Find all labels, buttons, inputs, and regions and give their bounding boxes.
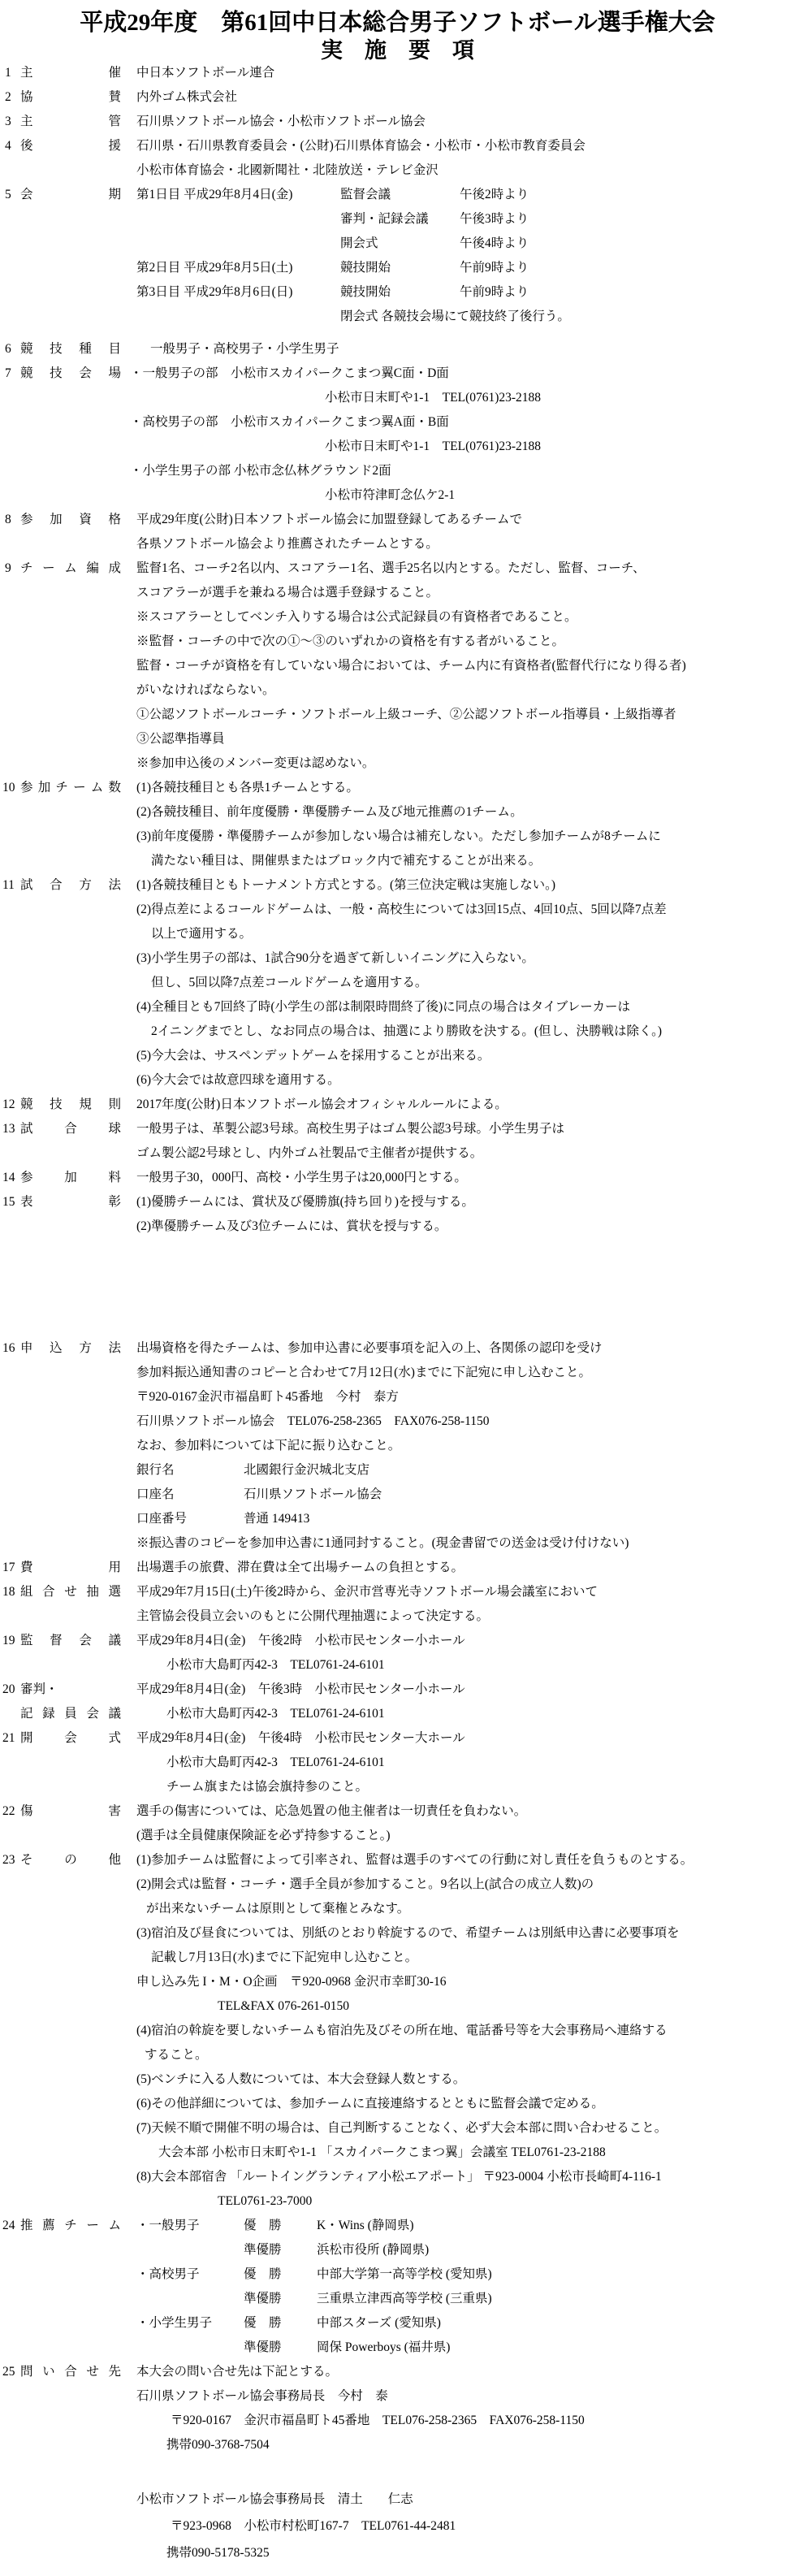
line-text: ・小学生男子: [136, 2311, 212, 2336]
doc-line: ゴム製公認2号球とし、内外ゴム社製品で主催者が提供する。: [0, 1141, 795, 1166]
item-label: 主管: [20, 110, 121, 134]
doc-line: (4)全種目とも7回終了時(小学生の部は制限時間終了後)に同点の場合はタイブレー…: [0, 995, 795, 1020]
line-text: 小松市符津町念仏ケ2-1: [325, 483, 455, 508]
line-text: ・小学生男子の部 小松市念仏林グラウンド2面: [130, 459, 391, 483]
line-text: スコアラーが選手を兼ねる場合は選手登録すること。: [136, 581, 439, 605]
doc-line: 〒920-0167金沢市福畠町ト45番地 今村 泰方: [0, 1385, 795, 1409]
line-text: 平成29年8月4日(金) 午後4時 小松市民センター大ホール: [136, 1726, 465, 1751]
doc-line: 6競技種目一般男子・高校男子・小学生男子: [0, 337, 795, 362]
doc-line: スコアラーが選手を兼ねる場合は選手登録すること。: [0, 581, 795, 605]
doc-line: (6)今大会では故意四球を適用する。: [0, 1068, 795, 1093]
line-text: 石川県ソフトボール協会 TEL076-258-2365 FAX076-258-1…: [136, 1409, 490, 1434]
doc-line: 11試合方法(1)各競技種目ともトーナメント方式とする。(第三位決定戦は実施しな…: [0, 873, 795, 898]
doc-line: 満たない種目は、開催県またはブロック内で補充することが出来る。: [0, 849, 795, 873]
line-text: 大会本部 小松市日末町や1-1 「スカイパークこまつ翼」会議室 TEL0761-…: [158, 2141, 606, 2165]
doc-line: (2)得点差によるコールドゲームは、一般・高校生については3回15点、4回10点…: [0, 898, 795, 922]
doc-line: 携帯090-3768-7504: [0, 2433, 795, 2457]
doc-line: ※監督・コーチの中で次の①～③のいずれかの資格を有する者がいること。: [0, 630, 795, 654]
doc-line: 18組合せ抽選平成29年7月15日(土)午後2時から、金沢市営専光寺ソフトボール…: [0, 1580, 795, 1604]
line-text: 口座番号: [136, 1507, 187, 1531]
item-number: 24: [2, 2214, 15, 2238]
line-text: 中日本ソフトボール連合: [136, 61, 274, 85]
line-text: が出来ないチームは原則として棄権とみなす。: [146, 1897, 409, 1921]
doc-line: 25問い合せ先本大会の問い合せ先は下記とする。: [0, 2360, 795, 2384]
doc-line: ・小学生男子の部 小松市念仏林グラウンド2面: [0, 459, 795, 483]
item-label: チーム編成: [20, 556, 121, 581]
line-text: 小松市大島町丙42-3 TEL0761-24-6101: [166, 1702, 385, 1726]
item-label: 試合方法: [20, 873, 121, 898]
line-text: なお、参加料については下記に振り込むこと。: [136, 1434, 400, 1458]
doc-line: (2)開会式は監督・コーチ・選手全員が参加すること。9名以上(試合の成立人数)の: [0, 1872, 795, 1897]
line-text: 満たない種目は、開催県またはブロック内で補充することが出来る。: [151, 849, 541, 873]
line-text: 携帯090-5178-5325: [166, 2541, 270, 2565]
line-text: 口座名: [136, 1483, 175, 1507]
doc-line: (3)宿泊及び昼食については、別紙のとおり斡旋するので、希望チームは別紙申込書に…: [0, 1921, 795, 1946]
doc-line: (4)宿泊の斡旋を要しないチームも宿泊先及びその所在地、電話番号等を大会事務局へ…: [0, 2019, 795, 2043]
doc-line: 〒920-0167 金沢市福畠町ト45番地 TEL076-258-2365 FA…: [0, 2409, 795, 2433]
doc-line: 8参加資格平成29年度(公財)日本ソフトボール協会に加盟登録してあるチームで: [0, 508, 795, 532]
line-text: (5)ベンチに入る人数については、本大会登録人数とする。: [136, 2067, 465, 2092]
item-label: 協賛: [20, 85, 121, 110]
document-page: 平成29年度 第61回中日本総合男子ソフトボール選手権大会 実 施 要 項 1主…: [0, 0, 795, 2576]
doc-line: ※スコアラーとしてベンチ入りする場合は公式記録員の有資格者であること。: [0, 605, 795, 630]
item-label: 監督会議: [20, 1629, 121, 1653]
line-text: 第3日目 平成29年8月6日(日): [136, 280, 292, 305]
line-text: 準優勝: [244, 2336, 282, 2360]
line-text: 石川県・石川県教育委員会・(公財)石川県体育協会・小松市・小松市教育委員会: [136, 134, 585, 158]
line-text: 第1日目 平成29年8月4日(金): [136, 183, 292, 207]
line-text: 但し、5回以降7点差コールドゲームを適用する。: [151, 971, 427, 995]
line-text: 各県ソフトボール協会より推薦されたチームとする。: [136, 532, 439, 556]
line-text: 優 勝: [244, 2214, 282, 2238]
line-text: 以上で適用する。: [151, 922, 252, 946]
doc-line: 16申込方法出場資格を得たチームは、参加申込書に必要事項を記入の上、各関係の認印…: [0, 1336, 795, 1361]
doc-line: 12競技規則2017年度(公財)日本ソフトボール協会オフィシャルルールによる。: [0, 1093, 795, 1117]
doc-line: 14参加料一般男子30，000円、高校・小学生男子は20,000円とする。: [0, 1166, 795, 1190]
line-text: 記載し7月13日(水)までに下記宛申し込むこと。: [151, 1946, 417, 1970]
doc-line: ※参加申込後のメンバー変更は認めない。: [0, 751, 795, 776]
item-number: 8: [5, 508, 11, 532]
item-number: 18: [2, 1580, 15, 1604]
doc-line: 小松市ソフトボール協会事務局長 清土 仁志: [0, 2487, 795, 2512]
line-text: 競技開始: [340, 280, 391, 305]
doc-line: 15表彰(1)優勝チームには、賞状及び優勝旗(持ち回り)を授与する。: [0, 1190, 795, 1214]
doc-line: 5会期第1日目 平成29年8月4日(金)監督会議午後2時より: [0, 183, 795, 207]
doc-line: 銀行名北國銀行金沢城北支店: [0, 1458, 795, 1483]
item-number: 7: [5, 362, 11, 386]
item-number: 3: [5, 110, 11, 134]
doc-line: 準優勝岡保 Powerboys (福井県): [0, 2336, 795, 2360]
doc-line: 開会式午後4時より: [0, 232, 795, 256]
line-text: 午前9時より: [460, 256, 529, 280]
line-text: K・Wins (静岡県): [317, 2214, 414, 2238]
line-text: 〒923-0968 小松市村松町167-7 TEL0761-44-2481: [171, 2514, 456, 2539]
line-text: (8)大会本部宿舎 「ルートイングランティア小松エアポート」 〒923-0004…: [136, 2165, 662, 2189]
doc-line: 24推薦チーム・一般男子優 勝K・Wins (静岡県): [0, 2214, 795, 2238]
doc-line: 口座番号普通 149413: [0, 1507, 795, 1531]
doc-line: ・高校男子の部 小松市スカイパークこまつ翼A面・B面: [0, 410, 795, 435]
line-text: 中部スターズ (愛知県): [317, 2311, 441, 2336]
line-text: 携帯090-3768-7504: [166, 2433, 270, 2457]
item-label: 申込方法: [20, 1336, 121, 1361]
item-number: 21: [2, 1726, 15, 1751]
line-text: 〒920-0167金沢市福畠町ト45番地 今村 泰方: [136, 1385, 399, 1409]
doc-line: 2協賛内外ゴム株式会社: [0, 85, 795, 110]
item-number: 5: [5, 183, 11, 207]
doc-line: が出来ないチームは原則として棄権とみなす。: [0, 1897, 795, 1921]
item-number: 14: [2, 1166, 15, 1190]
doc-line: ・小学生男子優 勝中部スターズ (愛知県): [0, 2311, 795, 2336]
doc-line: 第3日目 平成29年8月6日(日)競技開始午前9時より: [0, 280, 795, 305]
doc-line: チーム旗または協会旗持参のこと。: [0, 1775, 795, 1799]
doc-line: 9チーム編成監督1名、コーチ2名以内、スコアラー1名、選手25名以内とする。ただ…: [0, 556, 795, 581]
line-text: 平成29年度(公財)日本ソフトボール協会に加盟登録してあるチームで: [136, 508, 522, 532]
line-text: 石川県ソフトボール協会事務局長 今村 泰: [136, 2384, 388, 2409]
doc-line: TEL&FAX 076-261-0150: [0, 1994, 795, 2019]
line-text: 三重県立津西高等学校 (三重県): [317, 2287, 492, 2311]
doc-line: 但し、5回以降7点差コールドゲームを適用する。: [0, 971, 795, 995]
item-number: 4: [5, 134, 11, 158]
doc-line: 閉会式 各競技会場にて競技終了後行う。: [0, 305, 795, 329]
item-number: 13: [2, 1117, 15, 1141]
doc-line: 主管協会役員立会いのもとに公開代理抽選によって決定する。: [0, 1604, 795, 1629]
line-text: ※スコアラーとしてベンチ入りする場合は公式記録員の有資格者であること。: [136, 605, 577, 630]
doc-line: 準優勝浜松市役所 (静岡県): [0, 2238, 795, 2262]
doc-line: なお、参加料については下記に振り込むこと。: [0, 1434, 795, 1458]
item-label: 後援: [20, 134, 121, 158]
line-text: がいなければならない。: [136, 678, 275, 703]
line-text: チーム旗または協会旗持参のこと。: [166, 1775, 368, 1799]
doc-line: 10参加チーム数(1)各競技種目とも各県1チームとする。: [0, 776, 795, 800]
document-subtitle: 実 施 要 項: [0, 32, 795, 64]
item-number: 15: [2, 1190, 15, 1214]
line-text: 銀行名: [136, 1458, 175, 1483]
item-number: 20: [2, 1678, 15, 1702]
line-text: 第2日目 平成29年8月5日(土): [136, 256, 292, 280]
doc-line: 石川県ソフトボール協会事務局長 今村 泰: [0, 2384, 795, 2409]
line-text: 小松市日末町や1-1 TEL(0761)23-2188: [325, 435, 541, 459]
doc-line: 大会本部 小松市日末町や1-1 「スカイパークこまつ翼」会議室 TEL0761-…: [0, 2141, 795, 2165]
line-text: 準優勝: [244, 2238, 282, 2262]
line-text: (4)宿泊の斡旋を要しないチームも宿泊先及びその所在地、電話番号等を大会事務局へ…: [136, 2019, 668, 2043]
line-text: ③公認準指導員: [136, 727, 225, 751]
doc-line: 審判・記録会議午後3時より: [0, 207, 795, 232]
doc-line: (7)天候不順で開催不明の場合は、自己判断することなく、必ず大会本部に問い合わせ…: [0, 2116, 795, 2141]
item-label: 開会式: [20, 1726, 121, 1751]
line-text: 中部大学第一高等学校 (愛知県): [317, 2262, 492, 2287]
doc-line: 準優勝三重県立津西高等学校 (三重県): [0, 2287, 795, 2311]
item-label: 試合球: [20, 1117, 121, 1141]
doc-line: 石川県ソフトボール協会 TEL076-258-2365 FAX076-258-1…: [0, 1409, 795, 1434]
line-text: (選手は全員健康保険証を必ず持参すること。): [136, 1824, 391, 1848]
line-text: 石川県ソフトボール協会: [244, 1483, 382, 1507]
doc-line: (2)準優勝チーム及び3位チームには、賞状を授与する。: [0, 1214, 795, 1239]
doc-line: ①公認ソフトボールコーチ・ソフトボール上級コーチ、②公認ソフトボール指導員・上級…: [0, 703, 795, 727]
doc-line: 参加料振込通知書のコピーと合わせて7月12日(水)までに下記宛に申し込むこと。: [0, 1361, 795, 1385]
doc-line: 4後援石川県・石川県教育委員会・(公財)石川県体育協会・小松市・小松市教育委員会: [0, 134, 795, 158]
doc-line: ※振込書のコピーを参加申込書に1通同封すること。(現金書留での送金は受け付けない…: [0, 1531, 795, 1556]
line-text: 優 勝: [244, 2262, 282, 2287]
line-text: 主管協会役員立会いのもとに公開代理抽選によって決定する。: [136, 1604, 489, 1629]
doc-line: (3)小学生男子の部は、1試合90分を過ぎて新しいイニングに入らない。: [0, 946, 795, 971]
item-label: 審判・: [20, 1678, 58, 1702]
doc-line: (3)前年度優勝・準優勝チームが参加しない場合は補充しない。ただし参加チームが8…: [0, 825, 795, 849]
item-number: 16: [2, 1336, 15, 1361]
item-label: 競技会場: [20, 362, 121, 386]
line-text: (7)天候不順で開催不明の場合は、自己判断することなく、必ず大会本部に問い合わせ…: [136, 2116, 667, 2141]
item-label: 費用: [20, 1556, 121, 1580]
line-text: (2)各競技種目、前年度優勝・準優勝チーム及び地元推薦の1チーム。: [136, 800, 523, 825]
line-text: 閉会式 各競技会場にて競技終了後行う。: [340, 305, 570, 329]
line-text: TEL0761-23-7000: [218, 2189, 312, 2214]
line-text: (3)小学生男子の部は、1試合90分を過ぎて新しいイニングに入らない。: [136, 946, 534, 971]
line-text: 競技開始: [340, 256, 391, 280]
doc-line: 口座名石川県ソフトボール協会: [0, 1483, 795, 1507]
item-number: 11: [2, 873, 15, 898]
line-text: 午後2時より: [460, 183, 529, 207]
doc-line: 21開会式平成29年8月4日(金) 午後4時 小松市民センター大ホール: [0, 1726, 795, 1751]
line-text: 2イニングまでとし、なお同点の場合は、抽選により勝敗を決する。(但し、決勝戦は除…: [151, 1020, 662, 1044]
doc-line: 記録員会議小松市大島町丙42-3 TEL0761-24-6101: [0, 1702, 795, 1726]
doc-line: 以上で適用する。: [0, 922, 795, 946]
doc-line: 申し込み先 I・M・O企画 〒920-0968 金沢市幸町30-16: [0, 1970, 795, 1994]
line-text: 普通 149413: [244, 1507, 309, 1531]
item-number: 12: [2, 1093, 15, 1117]
line-text: (1)優勝チームには、賞状及び優勝旗(持ち回り)を授与する。: [136, 1190, 474, 1214]
line-text: (6)今大会では故意四球を適用する。: [136, 1068, 340, 1093]
doc-line: 3主管石川県ソフトボール協会・小松市ソフトボール協会: [0, 110, 795, 134]
doc-line: 携帯090-5178-5325: [0, 2541, 795, 2565]
line-text: すること。: [145, 2043, 208, 2067]
line-text: 申し込み先 I・M・O企画 〒920-0968 金沢市幸町30-16: [136, 1970, 446, 1994]
doc-line: ③公認準指導員: [0, 727, 795, 751]
doc-line: 各県ソフトボール協会より推薦されたチームとする。: [0, 532, 795, 556]
line-text: 〒920-0167 金沢市福畠町ト45番地 TEL076-258-2365 FA…: [171, 2409, 585, 2433]
item-label: 傷害: [20, 1799, 121, 1824]
item-label: 参加料: [20, 1166, 121, 1190]
doc-line: (5)今大会は、サスペンデットゲームを採用することが出来る。: [0, 1044, 795, 1068]
line-text: (2)開会式は監督・コーチ・選手全員が参加すること。9名以上(試合の成立人数)の: [136, 1872, 594, 1897]
item-number: 2: [5, 85, 11, 110]
line-text: 小松市体育協会・北國新聞社・北陸放送・テレビ金沢: [136, 158, 439, 183]
line-text: 浜松市役所 (静岡県): [317, 2238, 429, 2262]
item-label: 組合せ抽選: [20, 1580, 121, 1604]
item-number: 19: [2, 1629, 15, 1653]
item-label: 問い合せ先: [20, 2360, 121, 2384]
line-text: 本大会の問い合せ先は下記とする。: [136, 2360, 338, 2384]
line-text: 午前9時より: [460, 280, 529, 305]
line-text: (4)全種目とも7回終了時(小学生の部は制限時間終了後)に同点の場合はタイブレー…: [136, 995, 630, 1020]
line-text: ・一般男子の部 小松市スカイパークこまつ翼C面・D面: [130, 362, 449, 386]
line-text: 石川県ソフトボール協会・小松市ソフトボール協会: [136, 110, 426, 134]
doc-line: がいなければならない。: [0, 678, 795, 703]
item-label: 記録員会議: [20, 1702, 121, 1726]
doc-line: ・高校男子優 勝中部大学第一高等学校 (愛知県): [0, 2262, 795, 2287]
doc-line: 13試合球一般男子は、革製公認3号球。高校生男子はゴム製公認3号球。小学生男子は: [0, 1117, 795, 1141]
item-label: 会期: [20, 183, 121, 207]
item-label: その他: [20, 1848, 121, 1872]
line-text: 開会式: [340, 232, 378, 256]
line-text: ・高校男子: [136, 2262, 200, 2287]
doc-line: 19監督会議平成29年8月4日(金) 午後2時 小松市民センター小ホール: [0, 1629, 795, 1653]
line-text: 小松市ソフトボール協会事務局長 清土 仁志: [136, 2487, 413, 2512]
doc-line: 17費用出場選手の旅費、滞在費は全て出場チームの負担とする。: [0, 1556, 795, 1580]
item-label: 表彰: [20, 1190, 121, 1214]
item-number: 1: [5, 61, 11, 85]
line-text: 平成29年8月4日(金) 午後2時 小松市民センター小ホール: [136, 1629, 465, 1653]
line-text: 監督1名、コーチ2名以内、スコアラー1名、選手25名以内とする。ただし、監督、コ…: [136, 556, 646, 581]
item-number: 23: [2, 1848, 15, 1872]
line-text: (5)今大会は、サスペンデットゲームを採用することが出来る。: [136, 1044, 490, 1068]
line-text: 審判・記録会議: [340, 207, 429, 232]
doc-line: (5)ベンチに入る人数については、本大会登録人数とする。: [0, 2067, 795, 2092]
line-text: (2)得点差によるコールドゲームは、一般・高校生については3回15点、4回10点…: [136, 898, 667, 922]
doc-line: 小松市体育協会・北國新聞社・北陸放送・テレビ金沢: [0, 158, 795, 183]
item-number: 25: [2, 2360, 15, 2384]
line-text: 午後3時より: [460, 207, 529, 232]
doc-line: 22傷害選手の傷害については、応急処置の他主催者は一切責任を負わない。: [0, 1799, 795, 1824]
doc-line: 小松市日末町や1-1 TEL(0761)23-2188: [0, 435, 795, 459]
doc-line: 第2日目 平成29年8月5日(土)競技開始午前9時より: [0, 256, 795, 280]
line-text: (1)各競技種目とも各県1チームとする。: [136, 776, 359, 800]
line-text: ※振込書のコピーを参加申込書に1通同封すること。(現金書留での送金は受け付けない…: [136, 1531, 629, 1556]
item-label: 主催: [20, 61, 121, 85]
item-label: 参加チーム数: [20, 776, 121, 800]
line-text: 監督会議: [340, 183, 391, 207]
line-text: ・一般男子: [136, 2214, 200, 2238]
line-text: (2)準優勝チーム及び3位チームには、賞状を授与する。: [136, 1214, 447, 1239]
line-text: (3)前年度優勝・準優勝チームが参加しない場合は補充しない。ただし参加チームが8…: [136, 825, 661, 849]
doc-line: 20審判・平成29年8月4日(金) 午後3時 小松市民センター小ホール: [0, 1678, 795, 1702]
line-text: 出場資格を得たチームは、参加申込書に必要事項を記入の上、各関係の認印を受け: [136, 1336, 603, 1361]
doc-line: 記載し7月13日(水)までに下記宛申し込むこと。: [0, 1946, 795, 1970]
line-text: 一般男子・高校男子・小学生男子: [150, 337, 339, 362]
line-text: TEL&FAX 076-261-0150: [218, 1994, 349, 2019]
line-text: 小松市大島町丙42-3 TEL0761-24-6101: [166, 1751, 385, 1775]
line-text: 2017年度(公財)日本ソフトボール協会オフィシャルルールによる。: [136, 1093, 508, 1117]
line-text: 一般男子は、革製公認3号球。高校生男子はゴム製公認3号球。小学生男子は: [136, 1117, 564, 1141]
line-text: ※監督・コーチの中で次の①～③のいずれかの資格を有する者がいること。: [136, 630, 564, 654]
line-text: 平成29年8月4日(金) 午後3時 小松市民センター小ホール: [136, 1678, 465, 1702]
doc-line: TEL0761-23-7000: [0, 2189, 795, 2214]
line-text: 岡保 Powerboys (福井県): [317, 2336, 450, 2360]
doc-line: (8)大会本部宿舎 「ルートイングランティア小松エアポート」 〒923-0004…: [0, 2165, 795, 2189]
line-text: 平成29年7月15日(土)午後2時から、金沢市営専光寺ソフトボール場会議室におい…: [136, 1580, 598, 1604]
doc-line: 7競技会場・一般男子の部 小松市スカイパークこまつ翼C面・D面: [0, 362, 795, 386]
doc-line: 小松市大島町丙42-3 TEL0761-24-6101: [0, 1751, 795, 1775]
line-text: 出場選手の旅費、滞在費は全て出場チームの負担とする。: [136, 1556, 464, 1580]
line-text: (1)参加チームは監督によって引率され、監督は選手のすべての行動に対し責任を負う…: [136, 1848, 693, 1872]
line-text: (6)その他詳細については、参加チームに直接連絡するとともに監督会議で定める。: [136, 2092, 604, 2116]
line-text: ※参加申込後のメンバー変更は認めない。: [136, 751, 374, 776]
line-text: ・高校男子の部 小松市スカイパークこまつ翼A面・B面: [130, 410, 449, 435]
item-label: 参加資格: [20, 508, 121, 532]
doc-line: 小松市大島町丙42-3 TEL0761-24-6101: [0, 1653, 795, 1678]
doc-line: 2イニングまでとし、なお同点の場合は、抽選により勝敗を決する。(但し、決勝戦は除…: [0, 1020, 795, 1044]
doc-line: すること。: [0, 2043, 795, 2067]
line-text: 一般男子30，000円、高校・小学生男子は20,000円とする。: [136, 1166, 467, 1190]
line-text: 監督・コーチが資格を有していない場合においては、チーム内に有資格者(監督代行にな…: [136, 654, 686, 678]
item-label: 競技規則: [20, 1093, 121, 1117]
item-label: 競技種目: [20, 337, 121, 362]
line-text: 午後4時より: [460, 232, 529, 256]
doc-line: 小松市符津町念仏ケ2-1: [0, 483, 795, 508]
line-text: 内外ゴム株式会社: [136, 85, 237, 110]
line-text: 参加料振込通知書のコピーと合わせて7月12日(水)までに下記宛に申し込むこと。: [136, 1361, 591, 1385]
line-text: 準優勝: [244, 2287, 282, 2311]
doc-line: (2)各競技種目、前年度優勝・準優勝チーム及び地元推薦の1チーム。: [0, 800, 795, 825]
doc-line: 〒923-0968 小松市村松町167-7 TEL0761-44-2481: [0, 2514, 795, 2539]
line-text: 選手の傷害については、応急処置の他主催者は一切責任を負わない。: [136, 1799, 526, 1824]
item-label: 推薦チーム: [20, 2214, 121, 2238]
item-number: 6: [5, 337, 11, 362]
line-text: (1)各競技種目ともトーナメント方式とする。(第三位決定戦は実施しない。): [136, 873, 555, 898]
line-text: ゴム製公認2号球とし、内外ゴム社製品で主催者が提供する。: [136, 1141, 482, 1166]
line-text: 小松市日末町や1-1 TEL(0761)23-2188: [325, 386, 541, 410]
item-number: 22: [2, 1799, 15, 1824]
doc-line: 23その他(1)参加チームは監督によって引率され、監督は選手のすべての行動に対し…: [0, 1848, 795, 1872]
line-text: (3)宿泊及び昼食については、別紙のとおり斡旋するので、希望チームは別紙申込書に…: [136, 1921, 679, 1946]
line-text: 優 勝: [244, 2311, 282, 2336]
item-number: 10: [2, 776, 15, 800]
line-text: ①公認ソフトボールコーチ・ソフトボール上級コーチ、②公認ソフトボール指導員・上級…: [136, 703, 676, 727]
line-text: 北國銀行金沢城北支店: [244, 1458, 369, 1483]
item-number: 9: [5, 556, 11, 581]
doc-line: 小松市日末町や1-1 TEL(0761)23-2188: [0, 386, 795, 410]
doc-line: (6)その他詳細については、参加チームに直接連絡するとともに監督会議で定める。: [0, 2092, 795, 2116]
doc-line: (選手は全員健康保険証を必ず持参すること。): [0, 1824, 795, 1848]
doc-line: 監督・コーチが資格を有していない場合においては、チーム内に有資格者(監督代行にな…: [0, 654, 795, 678]
line-text: 小松市大島町丙42-3 TEL0761-24-6101: [166, 1653, 385, 1678]
item-number: 17: [2, 1556, 15, 1580]
doc-line: 1主催中日本ソフトボール連合: [0, 61, 795, 85]
